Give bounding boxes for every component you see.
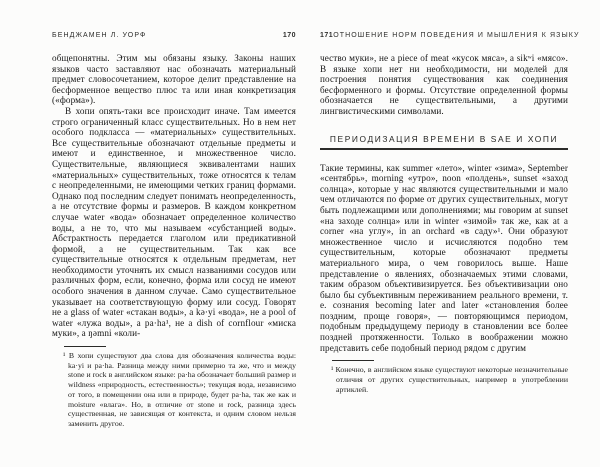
paragraph: чество муки», не a piece of meat «кусок …: [320, 53, 568, 117]
page-number-left: 170: [283, 32, 296, 39]
paragraph: В хопи опять-таки все происходит иначе. …: [52, 106, 296, 339]
running-header-right: 171 ОТНОШЕНИЕ НОРМ ПОВЕДЕНИЯ И МЫШЛЕНИЯ …: [320, 32, 568, 39]
running-header-title: ОТНОШЕНИЕ НОРМ ПОВЕДЕНИЯ И МЫШЛЕНИЯ К ЯЗ…: [333, 32, 579, 39]
running-header-author: БЕНДЖАМЕН Л. УОРФ: [52, 32, 146, 39]
footnote-left: ¹ В хопи существуют два слова для обозна…: [52, 351, 296, 429]
footnote-separator-left: [64, 346, 106, 347]
paragraph: Такие термины, как summer «лето», winter…: [320, 163, 568, 354]
paragraph: общепонятны. Этим мы обязаны языку. Зако…: [52, 53, 296, 106]
body-text-left: общепонятны. Этим мы обязаны языку. Зако…: [52, 53, 296, 339]
page-right-content: 171 ОТНОШЕНИЕ НОРМ ПОВЕДЕНИЯ И МЫШЛЕНИЯ …: [320, 32, 568, 394]
footnote-right: ¹ Конечно, в английском языке существуют…: [320, 365, 568, 394]
page-left-content: БЕНДЖАМЕН Л. УОРФ 170 общепонятны. Этим …: [52, 32, 296, 429]
section-heading: ПЕРИОДИЗАЦИЯ ВРЕМЕНИ В SAE И ХОПИ: [320, 134, 568, 150]
page-right: 171 ОТНОШЕНИЕ НОРМ ПОВЕДЕНИЯ И МЫШЛЕНИЯ …: [300, 0, 600, 467]
page-number-right: 171: [320, 32, 333, 39]
running-header-left: БЕНДЖАМЕН Л. УОРФ 170: [52, 32, 296, 39]
page-left: БЕНДЖАМЕН Л. УОРФ 170 общепонятны. Этим …: [0, 0, 300, 467]
body-text-right: чество муки», не a piece of meat «кусок …: [320, 53, 568, 117]
book-spread: БЕНДЖАМЕН Л. УОРФ 170 общепонятны. Этим …: [0, 0, 600, 467]
section-body-right: Такие термины, как summer «лето», winter…: [320, 163, 568, 354]
footnote-separator-right: [332, 360, 374, 361]
